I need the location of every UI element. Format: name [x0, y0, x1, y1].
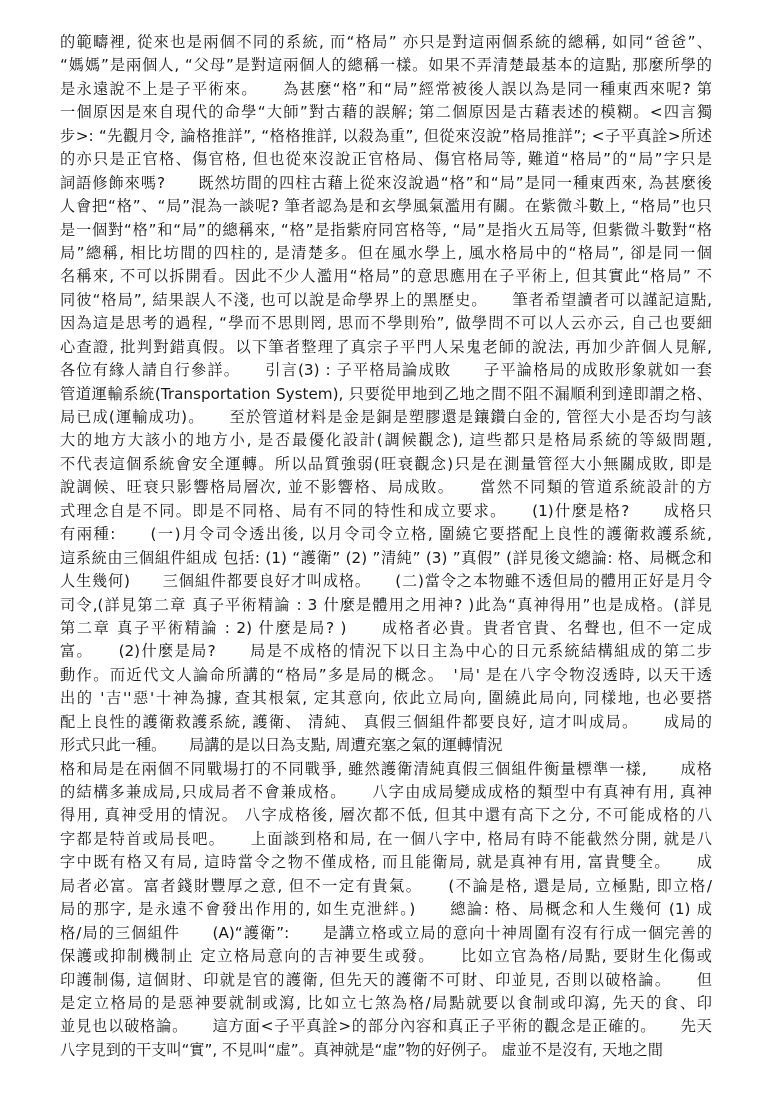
text-line: 格/局的三個組件 (A)“護衛”: 是講立格或立局的意向十神周圍有沒有行成一個完… [60, 922, 712, 945]
text-line: 詞語修飾來嗎? 既然坊間的四柱古藉上從來沒說過“格”和“局”是同一種東西來, 為… [60, 172, 712, 195]
text-line: 的亦只是正官格、傷官格, 但也從來沒說正官格局、傷官格局等, 難道“格局”的“局… [60, 148, 712, 171]
text-line: 局的那字, 是永遠不會發出作用的, 如生克泄絆。) 總論: 格、局概念和人生幾何… [60, 898, 712, 921]
text-line: 的結構多兼成局,只成局者不會兼成格。 八字由成局變成成格的類型中有真神有用, 真… [60, 781, 712, 804]
text-line: 字中既有格又有局, 這時當令之物不僅成格, 而且能衛局, 就是真神有用, 富貴雙… [60, 851, 712, 874]
text-line: 心查證, 批判對錯真假。以下筆者整理了真宗子平門人呆鬼老師的說法, 再加少許個人… [60, 336, 712, 359]
text-line: 這系統由三個組件組成 包括: (1) “護衛” (2) ”清純” (3) ”真假… [60, 547, 712, 570]
text-line: 名稱來, 不可以拆開看。因此不少人濫用“格局”的意思應用在子平術上, 但其實此“… [60, 265, 712, 288]
text-line: 是一個對“格”和“局”的總稱來, “格”是指紫府同宮格等, “局”是指火五局等,… [60, 219, 712, 242]
text-line: 人會把“格”、“局”混為一談呢? 筆者認為是和玄學風氣濫用有關。在紫微斗數上, … [60, 195, 712, 218]
text-line: 管道運輸系統(Transportation System), 只要從甲地到乙地之… [60, 383, 712, 406]
document-page: 的範疇裡, 從來也是兩個不同的系統, 而“格局” 亦只是對這兩個系統的總稱, 如… [0, 0, 770, 1118]
text-line: 字都是特首或局長吧。 上面談到格和局, 在一個八字中, 格局有時不能截然分開, … [60, 828, 712, 851]
body-text: 的範疇裡, 從來也是兩個不同的系統, 而“格局” 亦只是對這兩個系統的總稱, 如… [60, 31, 712, 1062]
text-line: “媽媽”是兩個人, “父母”是對這兩個人的總稱一樣。如果不弄清楚最基本的這點, … [60, 54, 712, 77]
text-line: 是永遠說不上是子平術來。 為甚麼“格”和“局”經常被後人誤以為是同一種東西來呢?… [60, 78, 712, 101]
text-line: 局者必富。富者錢財豐厚之意, 但不一定有貴氣。 (不論是格, 還是局, 立極點,… [60, 875, 712, 898]
text-line: 得用, 真神受用的情況。 八字成格後, 層次都不低, 但其中還有高下之分, 不可… [60, 804, 712, 827]
text-line: 保護或抑制機制止 定立格局意向的吉神要生或發。 比如立官為格/局點, 要財生化傷… [60, 945, 712, 968]
text-line: 大的地方大該小的地方小, 是否最優化設計(調候觀念), 這些都只是格局系統的等級… [60, 429, 712, 452]
text-line: 司令,(詳見第二章 真子平術精論 : 3 什麼是體用之用神? )此為“真神得用”… [60, 594, 712, 617]
text-line: 局”總稱, 相比坊間的四柱的, 是清楚多。但在風水學上, 風水格局中的“格局”,… [60, 242, 712, 265]
text-line: 式理念自是不同。即是不同格、局有不同的特性和成立要求。 (1)什麼是格? 成格只 [60, 500, 712, 523]
text-line: 富。 (2)什麼是局? 局是不成格的情況下以日主為中心的日元系統結構組成的第二步 [60, 640, 712, 663]
text-line: 印護制傷, 這個財、印就是官的護衛, 但先天的護衛不可財、印並見, 否則以破格論… [60, 969, 712, 992]
text-line: 格和局是在兩個不同戰場打的不同戰爭, 雖然護衛清純真假三個組件衡量標準一樣, 成… [60, 758, 712, 781]
text-line: 說調候、旺衰只影響格局層次, 並不影響格、局成敗。 當然不同類的管道系統設計的方 [60, 476, 712, 499]
text-line: 一個原因是來自現代的命學“大師”對古藉的誤解; 第二個原因是古藉表述的模糊。<四… [60, 101, 712, 124]
text-line: 動作。而近代文人論命所講的“格局”多是局的概念。 '局' 是在八字令物沒透時, … [60, 664, 712, 687]
text-line: 並見也以破格論。 這方面<子平真詮>的部分內容和真正子平術的觀念是正確的。 先天 [60, 1015, 712, 1038]
text-line: 各位有緣人請自行參詳。 引言(3) : 子平格局論成敗 子平論格局的成敗形象就如… [60, 359, 712, 382]
text-line: 因為這是思考的過程, “學而不思則罔, 思而不學則殆”, 做學問不可以人云亦云,… [60, 312, 712, 335]
text-line: 配上良性的護衛救護系統, 護衛、 清純、 真假三個組件都要良好, 這才叫成局。 … [60, 711, 712, 734]
text-line: 局已成(運輸成功)。 至於管道材料是金是銅是塑膠還是鑲鑽白金的, 管徑大小是否均… [60, 406, 712, 429]
text-line: 八字見到的干支叫“實”, 不見叫“虛”。真神就是“虛”物的好例子。 虛並不是沒有… [60, 1039, 712, 1062]
text-line: 同彼“格局”, 結果誤人不淺, 也可以說是命學界上的黑歷史。 筆者希望讀者可以謹… [60, 289, 712, 312]
text-line: 第二章 真子平術精論 : 2) 什麼是局? ) 成格者必貴。貴者官貴、名聲也, … [60, 617, 712, 640]
text-line: 出的 '吉''惡'十神為據, 查其根氣, 定其意向, 依此立局向, 圍繞此局向,… [60, 687, 712, 710]
text-line: 不代表這個系統會安全運轉。所以品質強弱(旺衰觀念)只是在測量管徑大小無關成敗, … [60, 453, 712, 476]
text-line: 人生幾何) 三個組件都要良好才叫成格。 (二)當令之本物雖不透但局的體用正好是月… [60, 570, 712, 593]
text-line: 有兩種: (一)月令司令透出後, 以月令司令立格, 圍繞它要搭配上良性的護衛救護… [60, 523, 712, 546]
text-line: 的範疇裡, 從來也是兩個不同的系統, 而“格局” 亦只是對這兩個系統的總稱, 如… [60, 31, 712, 54]
text-line: 是定立格局的是惡神要就制或瀉, 比如立七煞為格/局點就要以食制或印瀉, 先天的食… [60, 992, 712, 1015]
text-line: 步>: “先觀月令, 論格推詳”, “格格推詳, 以殺為重”, 但從來沒說”格局… [60, 125, 712, 148]
text-line: 形式只此一種。 局講的是以日為支點, 周遭充塞之氣的運轉情況 [60, 734, 712, 757]
